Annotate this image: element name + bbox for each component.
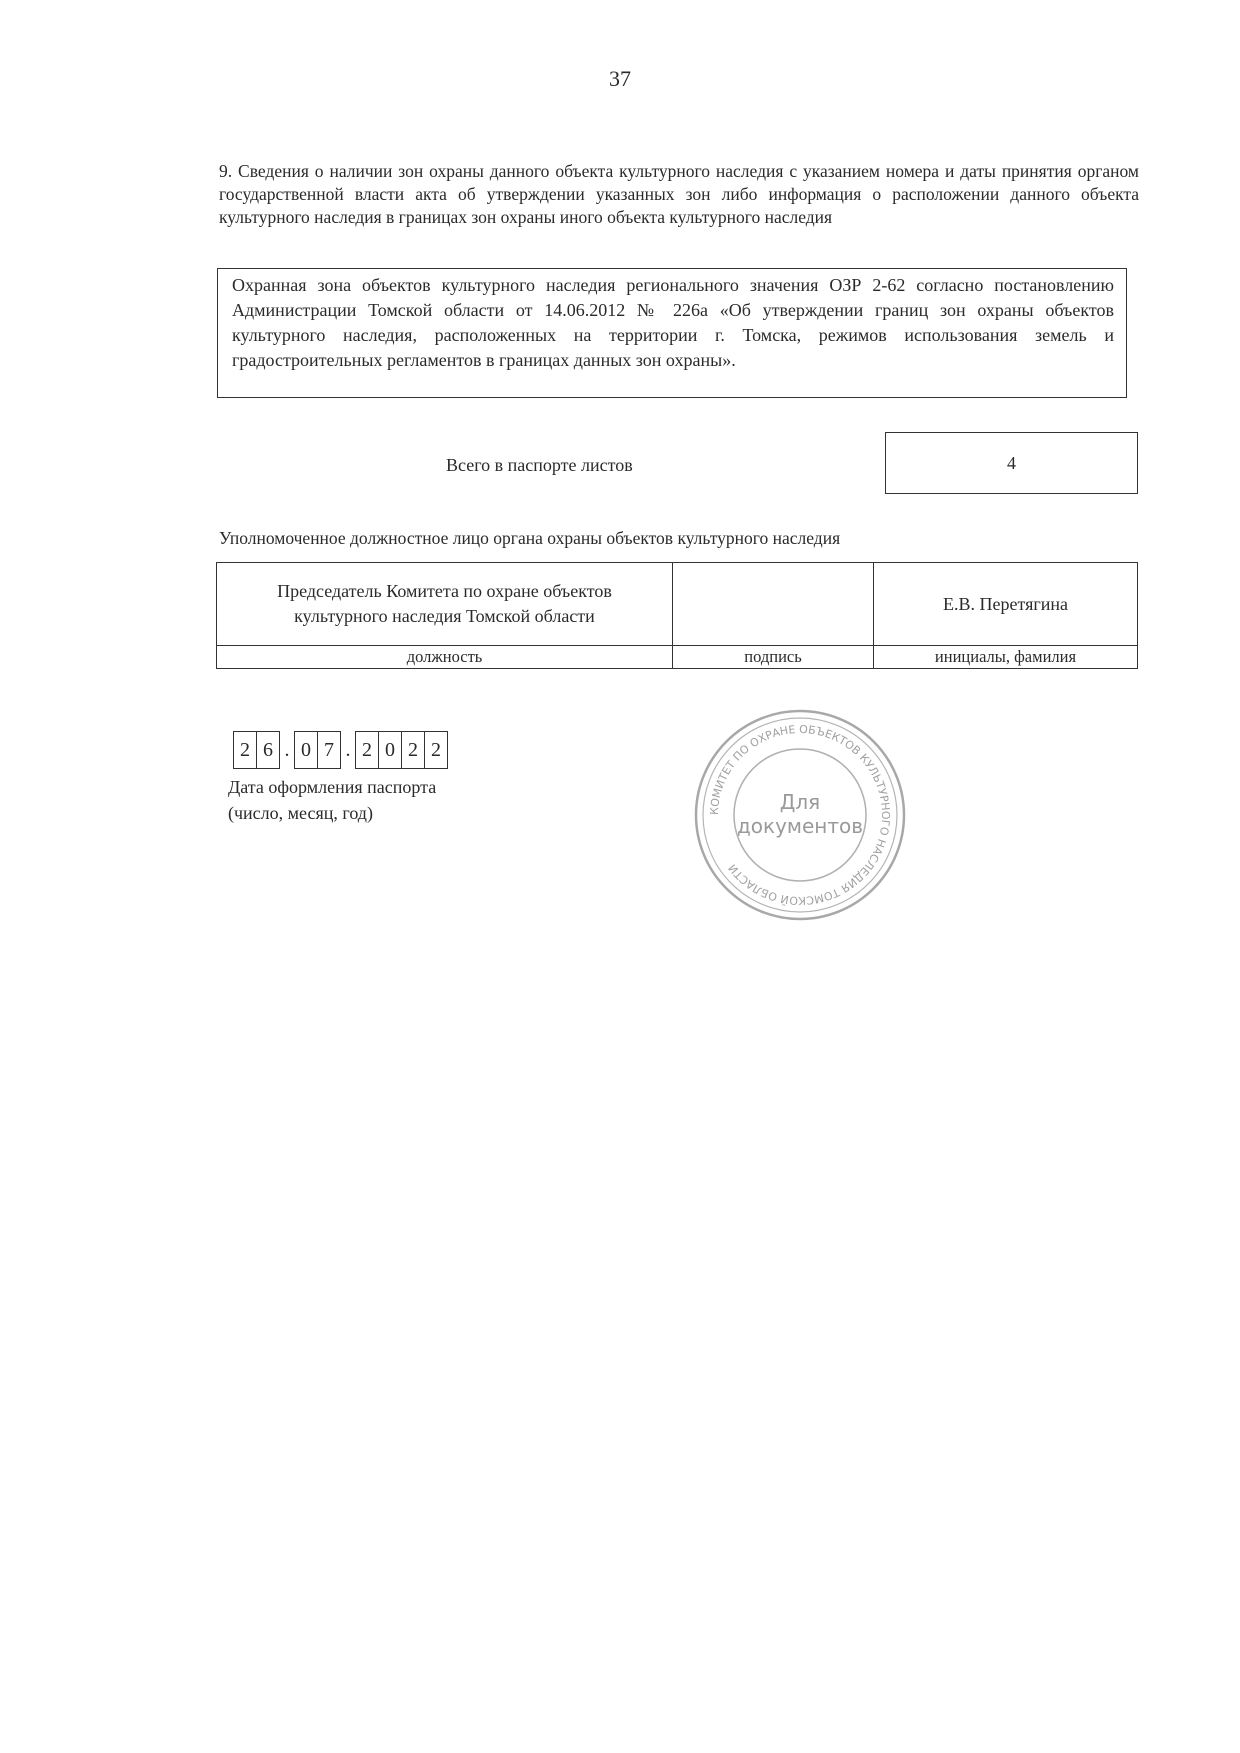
date-caption-line1: Дата оформления паспорта bbox=[228, 774, 436, 800]
year-digit: 0 bbox=[379, 732, 402, 768]
signature-cell bbox=[673, 563, 874, 646]
stamp-seal-icon: КОМИТЕТ ПО ОХРАНЕ ОБЪЕКТОВ КУЛЬТУРНОГО Н… bbox=[690, 705, 910, 925]
date-separator: . bbox=[280, 739, 294, 762]
signature-label: подпись bbox=[673, 646, 874, 669]
position-cell: Председатель Комитета по охране объектов… bbox=[217, 563, 673, 646]
date-caption-line2: (число, месяц, год) bbox=[228, 800, 436, 826]
month-digit: 0 bbox=[295, 732, 318, 768]
day-digit: 6 bbox=[257, 732, 279, 768]
day-digit: 2 bbox=[234, 732, 257, 768]
year-digit: 2 bbox=[356, 732, 379, 768]
year-digit: 2 bbox=[425, 732, 447, 768]
svg-text:Для: Для bbox=[780, 790, 820, 814]
sheets-label: Всего в паспорте листов bbox=[446, 455, 633, 476]
month-cells: 0 7 bbox=[294, 731, 341, 769]
date-separator: . bbox=[341, 739, 355, 762]
name-label: инициалы, фамилия bbox=[874, 646, 1138, 669]
date-caption: Дата оформления паспорта (число, месяц, … bbox=[228, 774, 436, 826]
signature-table: Председатель Комитета по охране объектов… bbox=[216, 562, 1138, 669]
month-digit: 7 bbox=[318, 732, 340, 768]
section-9-title: 9. Сведения о наличии зон охраны данного… bbox=[219, 160, 1139, 229]
page-number: 37 bbox=[0, 66, 1240, 92]
svg-text:документов: документов bbox=[737, 814, 863, 838]
year-cells: 2 0 2 2 bbox=[355, 731, 448, 769]
official-stamp: КОМИТЕТ ПО ОХРАНЕ ОБЪЕКТОВ КУЛЬТУРНОГО Н… bbox=[690, 705, 910, 925]
protection-zone-box: Охранная зона объектов культурного насле… bbox=[217, 268, 1127, 398]
protection-zone-text: Охранная зона объектов культурного насле… bbox=[232, 273, 1114, 373]
name-cell: Е.В. Перетягина bbox=[874, 563, 1138, 646]
official-heading: Уполномоченное должностное лицо органа о… bbox=[219, 528, 840, 549]
day-cells: 2 6 bbox=[233, 731, 280, 769]
sheets-count-box: 4 bbox=[885, 432, 1138, 494]
date-cells: 2 6 . 0 7 . 2 0 2 2 bbox=[233, 731, 448, 769]
sheets-count: 4 bbox=[1007, 453, 1016, 474]
year-digit: 2 bbox=[402, 732, 425, 768]
position-label: должность bbox=[217, 646, 673, 669]
